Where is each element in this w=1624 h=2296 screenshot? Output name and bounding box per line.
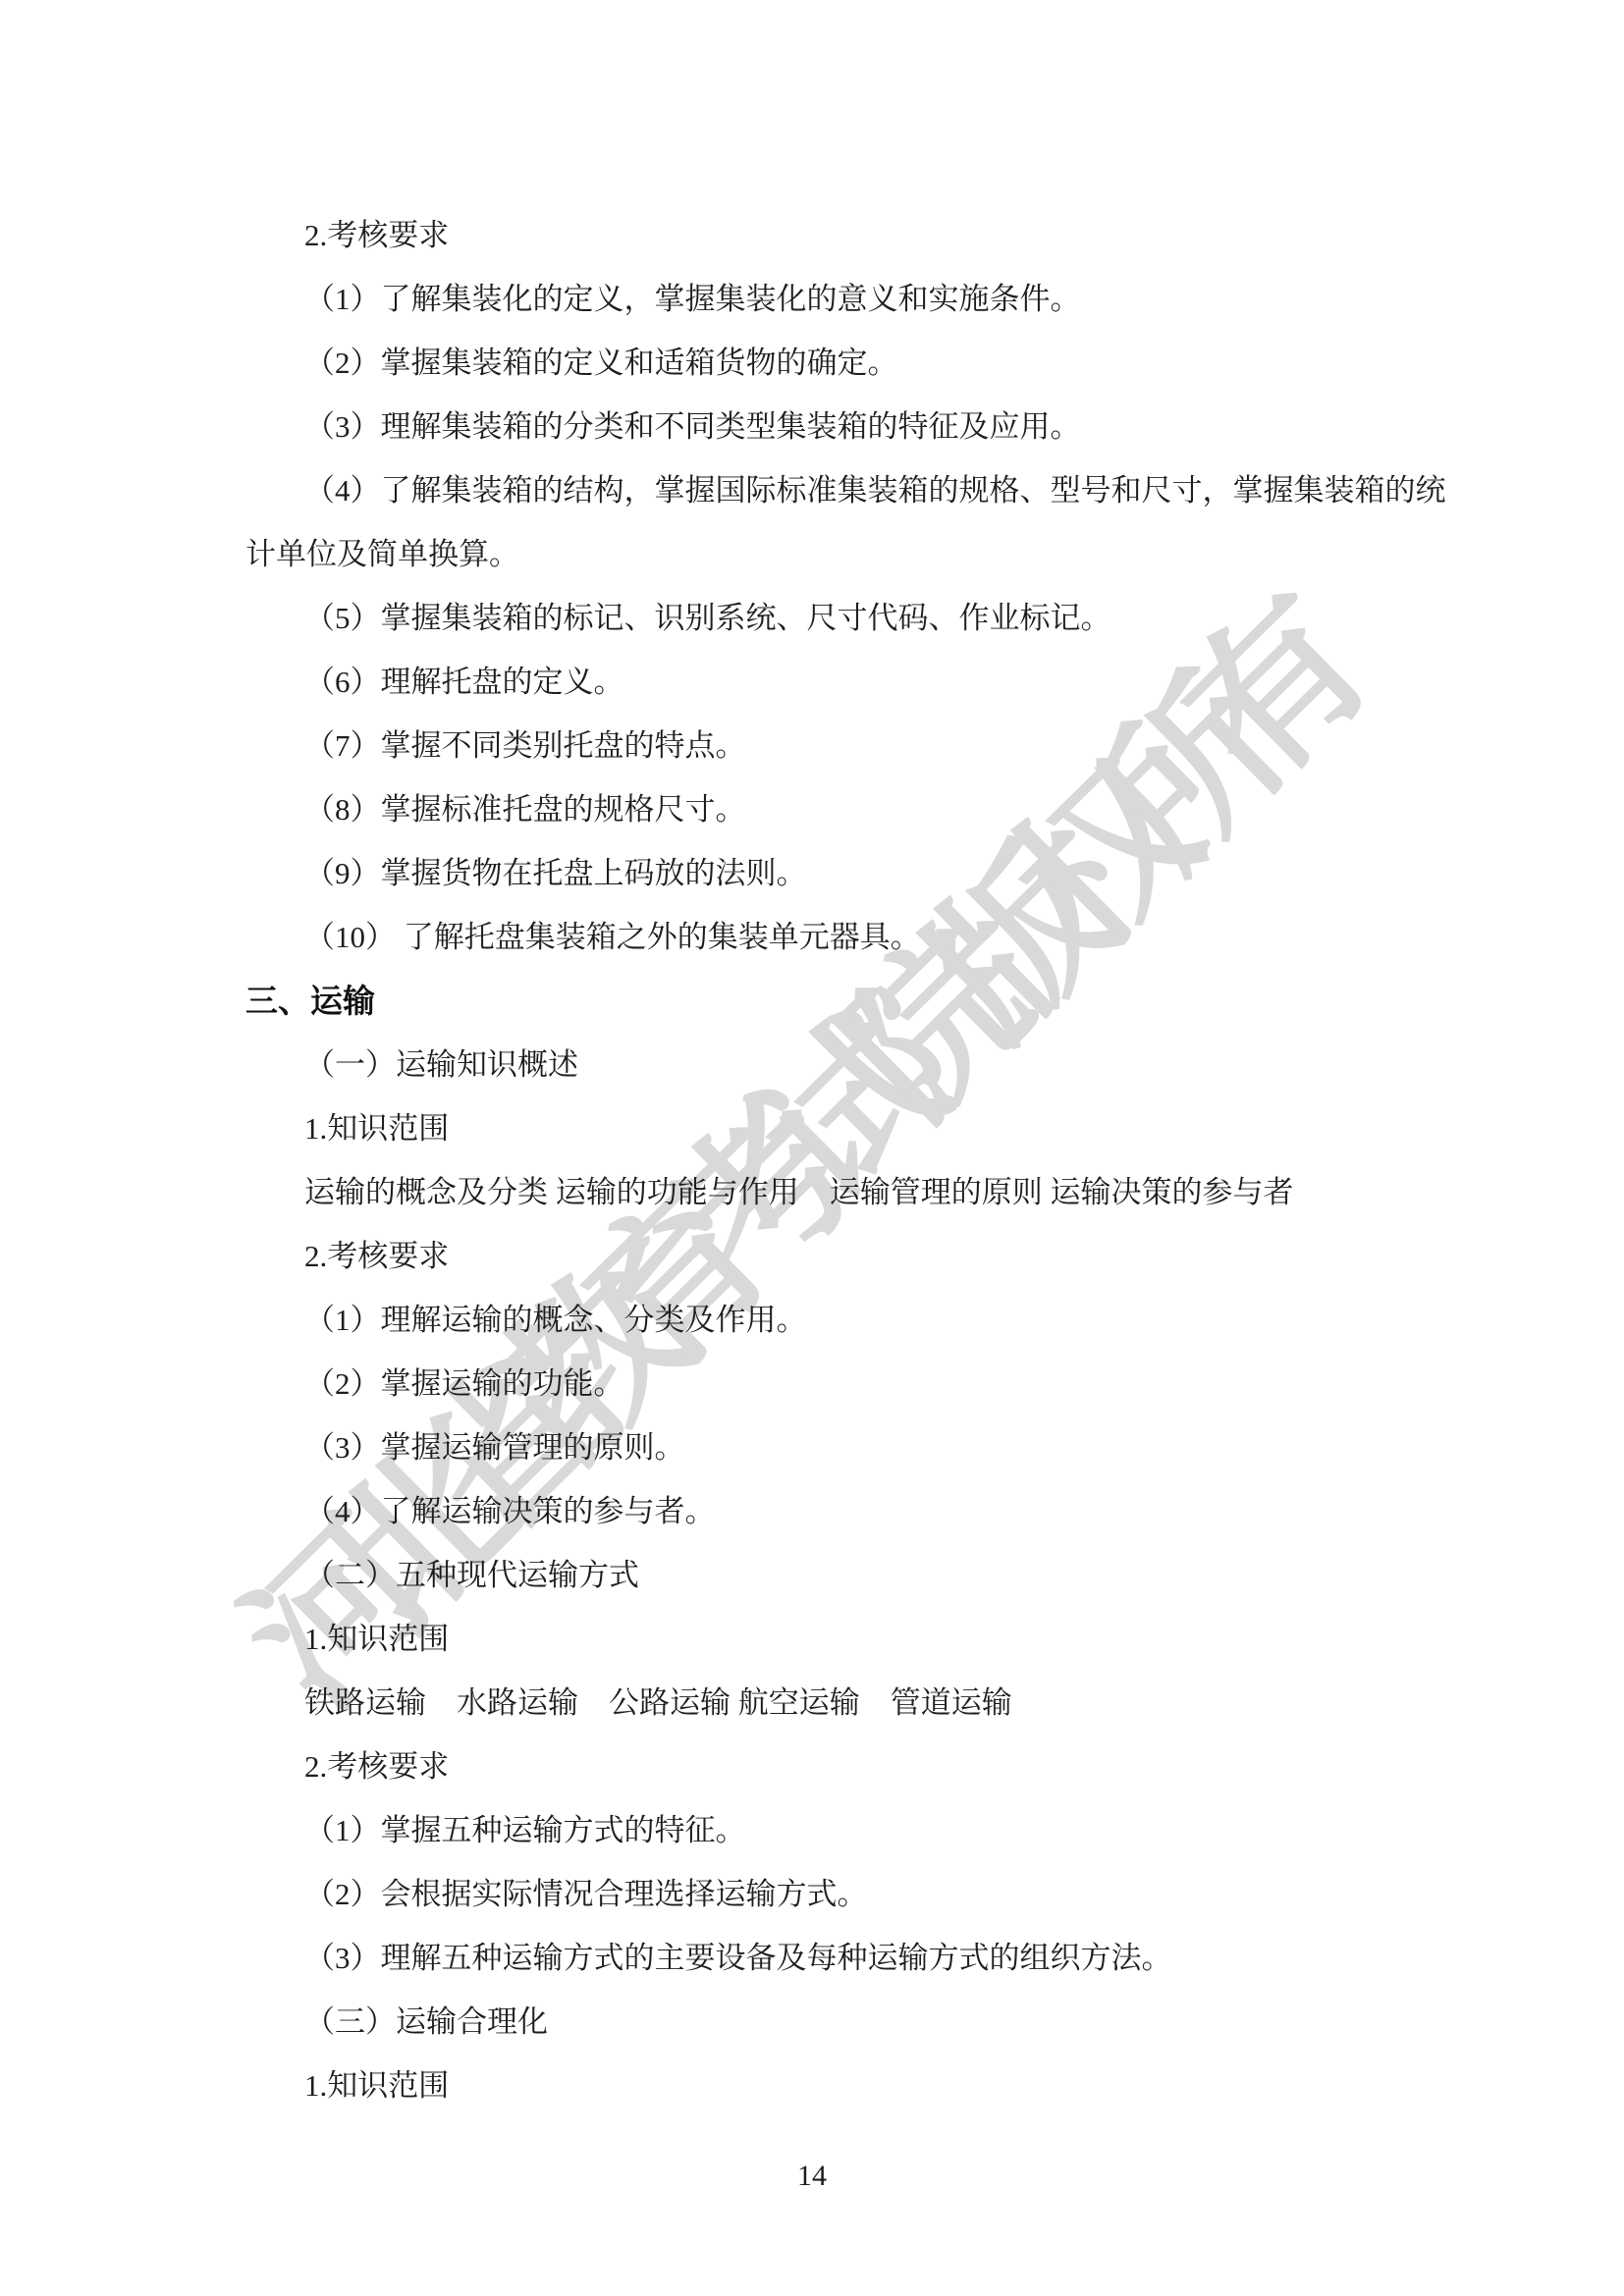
text-line: 1.知识范围 (245, 1096, 1443, 1160)
text-line: （三）运输合理化 (245, 1990, 1443, 2054)
text-line: （1）掌握五种运输方式的特征。 (245, 1798, 1443, 1862)
text-line: （1）理解运输的概念、分类及作用。 (245, 1288, 1443, 1352)
text-line: 2.考核要求 (245, 1735, 1443, 1798)
text-line: （3）理解集装箱的分类和不同类型集装箱的特征及应用。 (245, 395, 1443, 458)
text-line: （二）五种现代运输方式 (245, 1543, 1443, 1607)
text-line: 1.知识范围 (245, 2054, 1443, 2117)
page-number: 14 (0, 2160, 1624, 2193)
text-line: 铁路运输 水路运输 公路运输 航空运输 管道运输 (245, 1671, 1443, 1735)
document-lines: 2.考核要求（1）了解集装化的定义，掌握集装化的意义和实施条件。（2）掌握集装箱… (245, 203, 1443, 2117)
text-line: （3）掌握运输管理的原则。 (245, 1415, 1443, 1479)
text-line: （5）掌握集装箱的标记、识别系统、尺寸代码、作业标记。 (245, 586, 1443, 650)
text-line: 运输的概念及分类 运输的功能与作用 运输管理的原则 运输决策的参与者 (245, 1160, 1443, 1224)
section-heading: 三、运输 (245, 969, 1443, 1033)
text-line: （1）了解集装化的定义，掌握集装化的意义和实施条件。 (245, 267, 1443, 331)
text-line: （7）掌握不同类别托盘的特点。 (245, 714, 1443, 777)
text-line: 计单位及简单换算。 (245, 522, 1443, 586)
text-line: （8）掌握标准托盘的规格尺寸。 (245, 777, 1443, 841)
document-page: 河北省教育考试院版权所有 2.考核要求（1）了解集装化的定义，掌握集装化的意义和… (0, 0, 1624, 2296)
text-line: （4）了解运输决策的参与者。 (245, 1479, 1443, 1543)
text-line: 2.考核要求 (245, 1224, 1443, 1288)
text-line: （一）运输知识概述 (245, 1033, 1443, 1096)
text-line: （4）了解集装箱的结构，掌握国际标准集装箱的规格、型号和尺寸，掌握集装箱的统 (245, 458, 1443, 522)
text-line: （10） 了解托盘集装箱之外的集装单元器具。 (245, 905, 1443, 969)
text-line: （9）掌握货物在托盘上码放的法则。 (245, 841, 1443, 905)
text-line: 1.知识范围 (245, 1607, 1443, 1671)
text-line: 2.考核要求 (245, 203, 1443, 267)
text-line: （2）掌握集装箱的定义和适箱货物的确定。 (245, 331, 1443, 395)
text-line: （2）掌握运输的功能。 (245, 1352, 1443, 1415)
text-line: （3）理解五种运输方式的主要设备及每种运输方式的组织方法。 (245, 1926, 1443, 1990)
text-line: （6）理解托盘的定义。 (245, 650, 1443, 714)
text-line: （2）会根据实际情况合理选择运输方式。 (245, 1862, 1443, 1926)
